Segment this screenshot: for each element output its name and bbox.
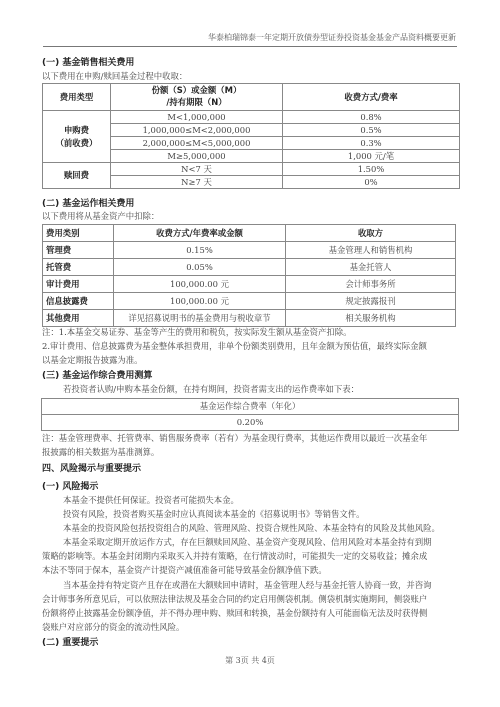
operating-fees-heading: (二) 基金运作相关费用 xyxy=(42,199,134,211)
table-row: 其他费用 详见招募说明书的基金费用与税收章节 相关服务机构 xyxy=(43,310,456,327)
payee-cell: 基金管理人和销售机构 xyxy=(286,242,456,259)
risk-paragraph-line: 本法不等同于保本，基金资产计提资产减值准备可能导致基金份额净值下跌。 xyxy=(42,565,327,576)
risk-disclosure-subheading: (一) 风险揭示 xyxy=(42,482,98,494)
combined-fee-value-cell: 0.20% xyxy=(42,415,459,431)
payee-cell: 相关服务机构 xyxy=(286,310,456,327)
fee-rate-cell: 100,000.00 元 xyxy=(114,293,286,310)
rate-cell: 1.50% xyxy=(283,163,460,176)
sales-fees-intro: 以下费用在申购/赎回基金过程中收取： xyxy=(42,71,187,82)
table-row: 0.20% xyxy=(42,415,459,431)
fee-rate-cell: 详见招募说明书的基金费用与税收章节 xyxy=(114,310,286,327)
range-cell: N≥7 天 xyxy=(111,176,283,189)
col-fee-method: 收费方式/年费率或金额 xyxy=(114,225,286,242)
table-row: 基金运作综合费率（年化） xyxy=(42,399,459,415)
fee-category-cell: 管理费 xyxy=(43,242,114,259)
page-number: 第 3页 共 4页 xyxy=(0,656,500,666)
operating-fees-note-2-line-2: 以基金定期报告披露为准。 xyxy=(42,355,143,366)
col-share-amount-line1: 份额（S）或金额（M） xyxy=(111,85,282,97)
subscription-fee-label: 申购费 （前收费） xyxy=(43,111,111,163)
col-fee-type: 费用类型 xyxy=(43,84,111,111)
important-notice-heading: (二) 重要提示 xyxy=(42,638,98,650)
rate-cell: 0% xyxy=(283,176,460,189)
combined-fee-heading: (三) 基金运作综合费用测算 xyxy=(42,371,152,383)
fee-rate-cell: 0.15% xyxy=(114,242,286,259)
risk-paragraph-line: 投资有风险，投资者购买基金时应认真阅读本基金的《招募说明书》等销售文件。 xyxy=(63,509,365,520)
combined-fee-header-cell: 基金运作综合费率（年化） xyxy=(42,399,459,415)
operating-fees-intro: 以下费用将从基金资产中扣除： xyxy=(42,211,159,222)
subscription-fee-label-line2: （前收费） xyxy=(43,137,110,150)
risk-paragraph-line: 袋账户对应部分的资金的流动性风险。 xyxy=(42,622,184,633)
risk-paragraph-line: 当本基金持有特定资产且存在或潜在大额赎回申请时，基金管理人经与基金托管人协商一致… xyxy=(63,580,432,591)
col-share-amount: 份额（S）或金额（M） /持有期限（N） xyxy=(111,84,283,111)
range-cell: M<1,000,000 xyxy=(111,111,283,124)
header-divider xyxy=(43,46,457,47)
table-row: 信息披露费 100,000.00 元 规定披露报刊 xyxy=(43,293,456,310)
risk-paragraph-line: 会计师事务所意见后，可以依照法律法规及基金合同的约定启用侧袋机制。侧袋机制实施期… xyxy=(42,594,427,605)
table-row: 托管费 0.05% 基金托管人 xyxy=(43,259,456,276)
fee-rate-cell: 100,000.00 元 xyxy=(114,276,286,293)
fee-category-cell: 托管费 xyxy=(43,259,114,276)
table-row: 管理费 0.15% 基金管理人和销售机构 xyxy=(43,242,456,259)
table-row: 审计费用 100,000.00 元 会计师事务所 xyxy=(43,276,456,293)
range-cell: 1,000,000≤M<2,000,000 xyxy=(111,124,283,137)
combined-fee-note-line-2: 报披露的相关数据为基准测算。 xyxy=(42,447,159,458)
redemption-fee-label: 赎回费 xyxy=(43,163,111,189)
document-header-title: 华泰柏瑞锦泰一年定期开放债券型证券投资基金基金产品资料概要更新 xyxy=(208,33,456,43)
col-fee-category: 费用类别 xyxy=(43,225,114,242)
table-row: 申购费 （前收费） M<1,000,000 0.8% xyxy=(43,111,460,124)
operating-fees-note-1: 注：1.本基金交易证券、基金等产生的费用和税负，按实际发生额从基金资产扣除。 xyxy=(42,327,352,338)
operating-fees-table: 费用类别 收费方式/年费率或金额 收取方 管理费 0.15% 基金管理人和销售机… xyxy=(42,224,456,327)
col-payee: 收取方 xyxy=(286,225,456,242)
rate-cell: 0.3% xyxy=(283,137,460,150)
sales-fees-table: 费用类型 份额（S）或金额（M） /持有期限（N） 收费方式/费率 申购费 （前… xyxy=(42,83,460,189)
sales-fees-header-row: 费用类型 份额（S）或金额（M） /持有期限（N） 收费方式/费率 xyxy=(43,84,460,111)
risk-paragraph-line: 本基金不提供任何保证。投资者可能损失本金。 xyxy=(63,495,239,506)
risk-paragraph-line: 份额将停止披露基金份额净值，并不得办理申购、赎回和转换，基金份额持有人可能面临无… xyxy=(42,608,427,619)
risk-paragraph-line: 策略的影响等。本基金封闭期内采取买入并持有策略，在行情波动时，可能损失一定的交易… xyxy=(42,551,427,562)
payee-cell: 会计师事务所 xyxy=(286,276,456,293)
sales-fees-heading: (一) 基金销售相关费用 xyxy=(42,58,134,70)
risk-section-heading: 四、风险揭示与重要提示 xyxy=(42,464,141,476)
combined-fee-intro: 若投资者认购/申购本基金份额，在持有期间，投资者需支出的运作费率如下表： xyxy=(63,384,359,395)
col-fee-rate: 收费方式/费率 xyxy=(283,84,460,111)
risk-paragraph-line: 本基金采取定期开放运作方式，存在巨额赎回风险、基金资产变现风险、信用风险对本基金… xyxy=(63,537,432,548)
rate-cell: 1,000 元/笔 xyxy=(283,150,460,163)
fee-category-cell: 审计费用 xyxy=(43,276,114,293)
subscription-fee-label-line1: 申购费 xyxy=(43,124,110,137)
payee-cell: 规定披露报刊 xyxy=(286,293,456,310)
combined-fee-note-line-1: 注：基金管理费率、托管费率、销售服务费率（若有）为基金现行费率，其他运作费用以最… xyxy=(42,433,427,444)
operating-fees-note-2-line-1: 2.审计费用、信息披露费为基金整体承担费用，非单个份额类别费用，且年金额为预估值… xyxy=(42,341,427,352)
combined-fee-table: 基金运作综合费率（年化） 0.20% xyxy=(41,398,459,431)
table-row: 赎回费 N<7 天 1.50% xyxy=(43,163,460,176)
operating-fees-header-row: 费用类别 收费方式/年费率或金额 收取方 xyxy=(43,225,456,242)
fee-rate-cell: 0.05% xyxy=(114,259,286,276)
fee-category-cell: 其他费用 xyxy=(43,310,114,327)
col-share-amount-line2: /持有期限（N） xyxy=(111,97,282,109)
range-cell: 2,000,000≤M<5,000,000 xyxy=(111,137,283,150)
fee-category-cell: 信息披露费 xyxy=(43,293,114,310)
range-cell: M≥5,000,000 xyxy=(111,150,283,163)
risk-paragraph-line: 本基金的投资风险包括投资组合的风险、管理风险、投资合规性风险、本基金特有的风险及… xyxy=(63,523,440,534)
payee-cell: 基金托管人 xyxy=(286,259,456,276)
rate-cell: 0.8% xyxy=(283,111,460,124)
range-cell: N<7 天 xyxy=(111,163,283,176)
rate-cell: 0.5% xyxy=(283,124,460,137)
